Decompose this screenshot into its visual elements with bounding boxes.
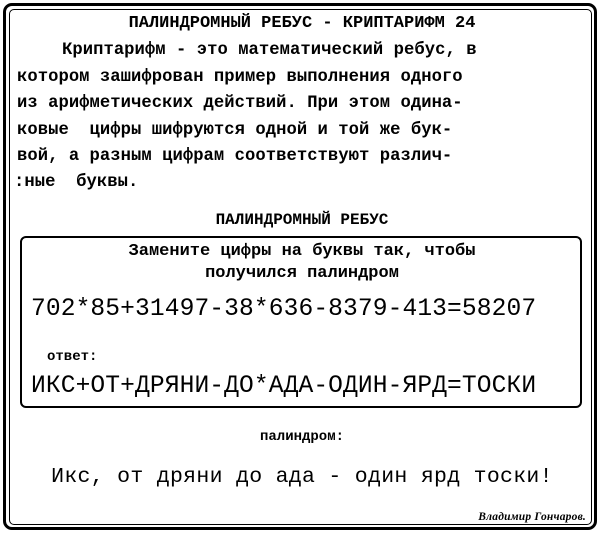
instruction-line-1: Замените цифры на буквы так, чтобы [0,243,604,260]
intro-line-3: из арифметических действий. При этом оди… [17,95,463,112]
answer-label: ответ: [47,350,97,364]
instruction-line-2: получился палиндром [0,265,604,282]
intro-line-4: ковые цифры шифруются одной и той же бук… [17,122,452,139]
puzzle-equation: 702*85+31497-38*636-8379-413=58207 [31,298,536,323]
intro-line-1: Криптарифм - это математический ребус, в [62,42,477,59]
palindrome-text: Икс, от дряни до ада - один ярд тоски! [0,467,604,489]
intro-line-6: :ные буквы. [14,174,138,191]
page-title: ПАЛИНДРОМНЫЙ РЕБУС - КРИПТАРИФМ 24 [0,15,604,32]
answer-equation: ИКС+ОТ+ДРЯНИ-ДО*АДА-ОДИН-ЯРД=ТОСКИ [31,375,536,400]
intro-line-5: вой, а разным цифрам соответствуют разли… [17,148,452,165]
intro-line-2: котором зашифрован пример выполнения одн… [17,69,463,86]
puzzle-subtitle: ПАЛИНДРОМНЫЙ РЕБУС [0,212,604,228]
palindrome-label: палиндром: [0,430,604,444]
author-signature: Владимир Гончаров. [478,512,586,524]
